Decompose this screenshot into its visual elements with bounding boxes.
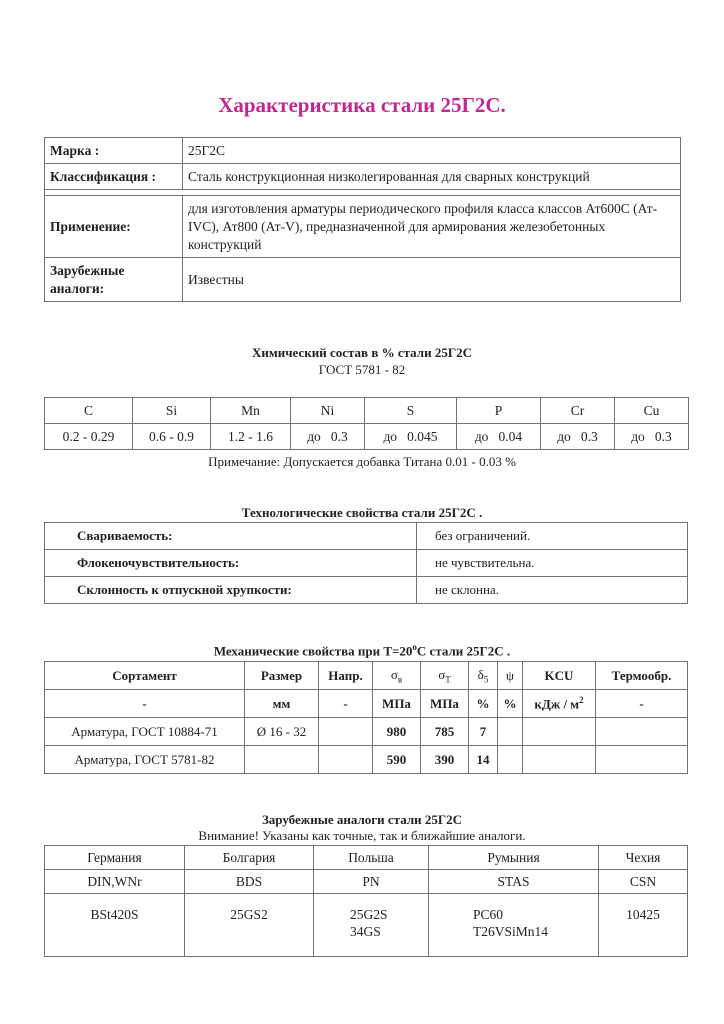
col-psi: ψ: [498, 662, 523, 690]
tech-label: Склонность к отпускной хрупкости:: [45, 577, 417, 604]
info-label: Марка :: [45, 138, 183, 164]
country-cell: Польша: [314, 846, 429, 870]
element-value: до 0.3: [615, 424, 689, 450]
info-value: Сталь конструкционная низколегированная …: [183, 164, 681, 190]
mech-header-row: Сортамент Размер Напр. σв σT δ5 ψ KCU Те…: [45, 662, 688, 690]
psi-cell: [498, 746, 523, 774]
element-header: C: [45, 398, 133, 424]
tech-title: Технологические свойства стали 25Г2С .: [0, 505, 724, 521]
size-cell: [245, 746, 319, 774]
chemical-title: Химический состав в % стали 25Г2С: [0, 345, 724, 361]
unit-cell: %: [498, 690, 523, 718]
dir-cell: [319, 718, 373, 746]
col-kcu: KCU: [523, 662, 596, 690]
unit-cell: -: [319, 690, 373, 718]
size-cell: Ø 16 - 32: [245, 718, 319, 746]
grade-cell: 25GS2: [185, 894, 314, 957]
col-sigma-t: σT: [421, 662, 469, 690]
tech-table: Свариваемость: без ограничений. Флокеноч…: [44, 522, 688, 604]
sigma-t-cell: 390: [421, 746, 469, 774]
tech-row: Свариваемость: без ограничений.: [45, 523, 688, 550]
sigma-symbol: σ: [391, 667, 398, 682]
info-label: Применение:: [45, 196, 183, 258]
mech-title-post: С стали 25Г2С .: [417, 643, 510, 658]
heat-cell: [596, 718, 688, 746]
grade: 25G2S: [350, 906, 428, 923]
mech-units-row: - мм - МПа МПа % % кДж / м2 -: [45, 690, 688, 718]
element-value: до 0.3: [291, 424, 365, 450]
sortament-cell: Арматура, ГОСТ 5781-82: [45, 746, 245, 774]
country-cell: Чехия: [599, 846, 688, 870]
chemical-header-row: C Si Mn Ni S P Cr Cu: [45, 398, 689, 424]
grade: BSt420S: [45, 906, 184, 923]
col-sortament: Сортамент: [45, 662, 245, 690]
col-heat: Термообр.: [596, 662, 688, 690]
delta-cell: 7: [469, 718, 498, 746]
standard-cell: CSN: [599, 870, 688, 894]
mech-table: Сортамент Размер Напр. σв σT δ5 ψ KCU Те…: [44, 661, 688, 774]
standard-cell: DIN,WNr: [45, 870, 185, 894]
element-value: до 0.04: [457, 424, 541, 450]
tech-value: без ограничений.: [417, 523, 688, 550]
grade-cell: 25G2S34GS: [314, 894, 429, 957]
info-label: Классификация :: [45, 164, 183, 190]
grades-row: BSt420S 25GS2 25G2S34GS PC60T26VSiMn14 1…: [45, 894, 688, 957]
element-value: 0.2 - 0.29: [45, 424, 133, 450]
delta-cell: 14: [469, 746, 498, 774]
element-header: Cr: [541, 398, 615, 424]
grade: 10425: [599, 906, 687, 923]
tech-row: Склонность к отпускной хрупкости: не скл…: [45, 577, 688, 604]
kcu-cell: [523, 718, 596, 746]
element-header: S: [365, 398, 457, 424]
sigma-t-cell: 785: [421, 718, 469, 746]
kcu-unit: кДж / м: [534, 696, 579, 711]
info-row: Марка : 25Г2С: [45, 138, 681, 164]
element-value: до 0.045: [365, 424, 457, 450]
sigma-sub: T: [445, 674, 451, 684]
element-value: 0.6 - 0.9: [133, 424, 211, 450]
element-header: Ni: [291, 398, 365, 424]
unit-cell: МПа: [373, 690, 421, 718]
grade: 34GS: [350, 923, 428, 940]
sortament-cell: Арматура, ГОСТ 10884-71: [45, 718, 245, 746]
country-cell: Румыния: [429, 846, 599, 870]
col-direction: Напр.: [319, 662, 373, 690]
grade-cell: PC60T26VSiMn14: [429, 894, 599, 957]
country-cell: Болгария: [185, 846, 314, 870]
analogs-title: Зарубежные аналоги стали 25Г2С: [0, 812, 724, 828]
mech-title: Механические свойства при Т=20oС стали 2…: [0, 642, 724, 659]
standard-cell: BDS: [185, 870, 314, 894]
analogs-warning: Внимание! Указаны как точные, так и ближ…: [0, 828, 724, 844]
tech-value: не склонна.: [417, 577, 688, 604]
element-header: P: [457, 398, 541, 424]
analogs-table: Германия Болгария Польша Румыния Чехия D…: [44, 845, 688, 957]
standard-cell: STAS: [429, 870, 599, 894]
unit-cell: %: [469, 690, 498, 718]
grade-cell: BSt420S: [45, 894, 185, 957]
chemical-note: Примечание: Допускается добавка Титана 0…: [0, 454, 724, 470]
kcu-unit-sup: 2: [579, 695, 584, 705]
col-delta: δ5: [469, 662, 498, 690]
tech-label: Свариваемость:: [45, 523, 417, 550]
element-header: Mn: [211, 398, 291, 424]
unit-cell: кДж / м2: [523, 690, 596, 718]
unit-cell: мм: [245, 690, 319, 718]
grade: 25GS2: [185, 906, 313, 923]
delta-sub: 5: [484, 674, 489, 684]
element-value: до 0.3: [541, 424, 615, 450]
unit-cell: МПа: [421, 690, 469, 718]
tech-value: не чувствительна.: [417, 550, 688, 577]
standards-row: DIN,WNr BDS PN STAS CSN: [45, 870, 688, 894]
kcu-cell: [523, 746, 596, 774]
tech-label: Флокеночувствительность:: [45, 550, 417, 577]
unit-cell: -: [596, 690, 688, 718]
dir-cell: [319, 746, 373, 774]
element-value: 1.2 - 1.6: [211, 424, 291, 450]
mech-data-row: Арматура, ГОСТ 10884-71 Ø 16 - 32 980 78…: [45, 718, 688, 746]
info-value: для изготовления арматуры периодического…: [183, 196, 681, 258]
info-label: Зарубежные аналоги:: [45, 258, 183, 302]
country-cell: Германия: [45, 846, 185, 870]
info-value: 25Г2С: [183, 138, 681, 164]
sigma-b-cell: 590: [373, 746, 421, 774]
chemical-values-row: 0.2 - 0.29 0.6 - 0.9 1.2 - 1.6 до 0.3 до…: [45, 424, 689, 450]
col-size: Размер: [245, 662, 319, 690]
chemical-standard: ГОСТ 5781 - 82: [0, 362, 724, 378]
info-table: Марка : 25Г2С Классификация : Сталь конс…: [44, 137, 681, 302]
sigma-b-cell: 980: [373, 718, 421, 746]
chemical-table: C Si Mn Ni S P Cr Cu 0.2 - 0.29 0.6 - 0.…: [44, 397, 689, 450]
element-header: Si: [133, 398, 211, 424]
page-title: Характеристика стали 25Г2С.: [0, 93, 724, 118]
psi-cell: [498, 718, 523, 746]
sigma-sub: в: [398, 674, 402, 684]
grade-cell: 10425: [599, 894, 688, 957]
standard-cell: PN: [314, 870, 429, 894]
mech-title-pre: Механические свойства при Т=20: [214, 643, 413, 658]
heat-cell: [596, 746, 688, 774]
info-row: Зарубежные аналоги: Известны: [45, 258, 681, 302]
info-row: Применение: для изготовления арматуры пе…: [45, 196, 681, 258]
tech-row: Флокеночувствительность: не чувствительн…: [45, 550, 688, 577]
grade: PC60: [473, 906, 598, 923]
unit-cell: -: [45, 690, 245, 718]
element-header: Cu: [615, 398, 689, 424]
mech-data-row: Арматура, ГОСТ 5781-82 590 390 14: [45, 746, 688, 774]
col-sigma-b: σв: [373, 662, 421, 690]
info-row: Классификация : Сталь конструкционная ни…: [45, 164, 681, 190]
grade: T26VSiMn14: [473, 923, 598, 940]
countries-row: Германия Болгария Польша Румыния Чехия: [45, 846, 688, 870]
info-value: Известны: [183, 258, 681, 302]
